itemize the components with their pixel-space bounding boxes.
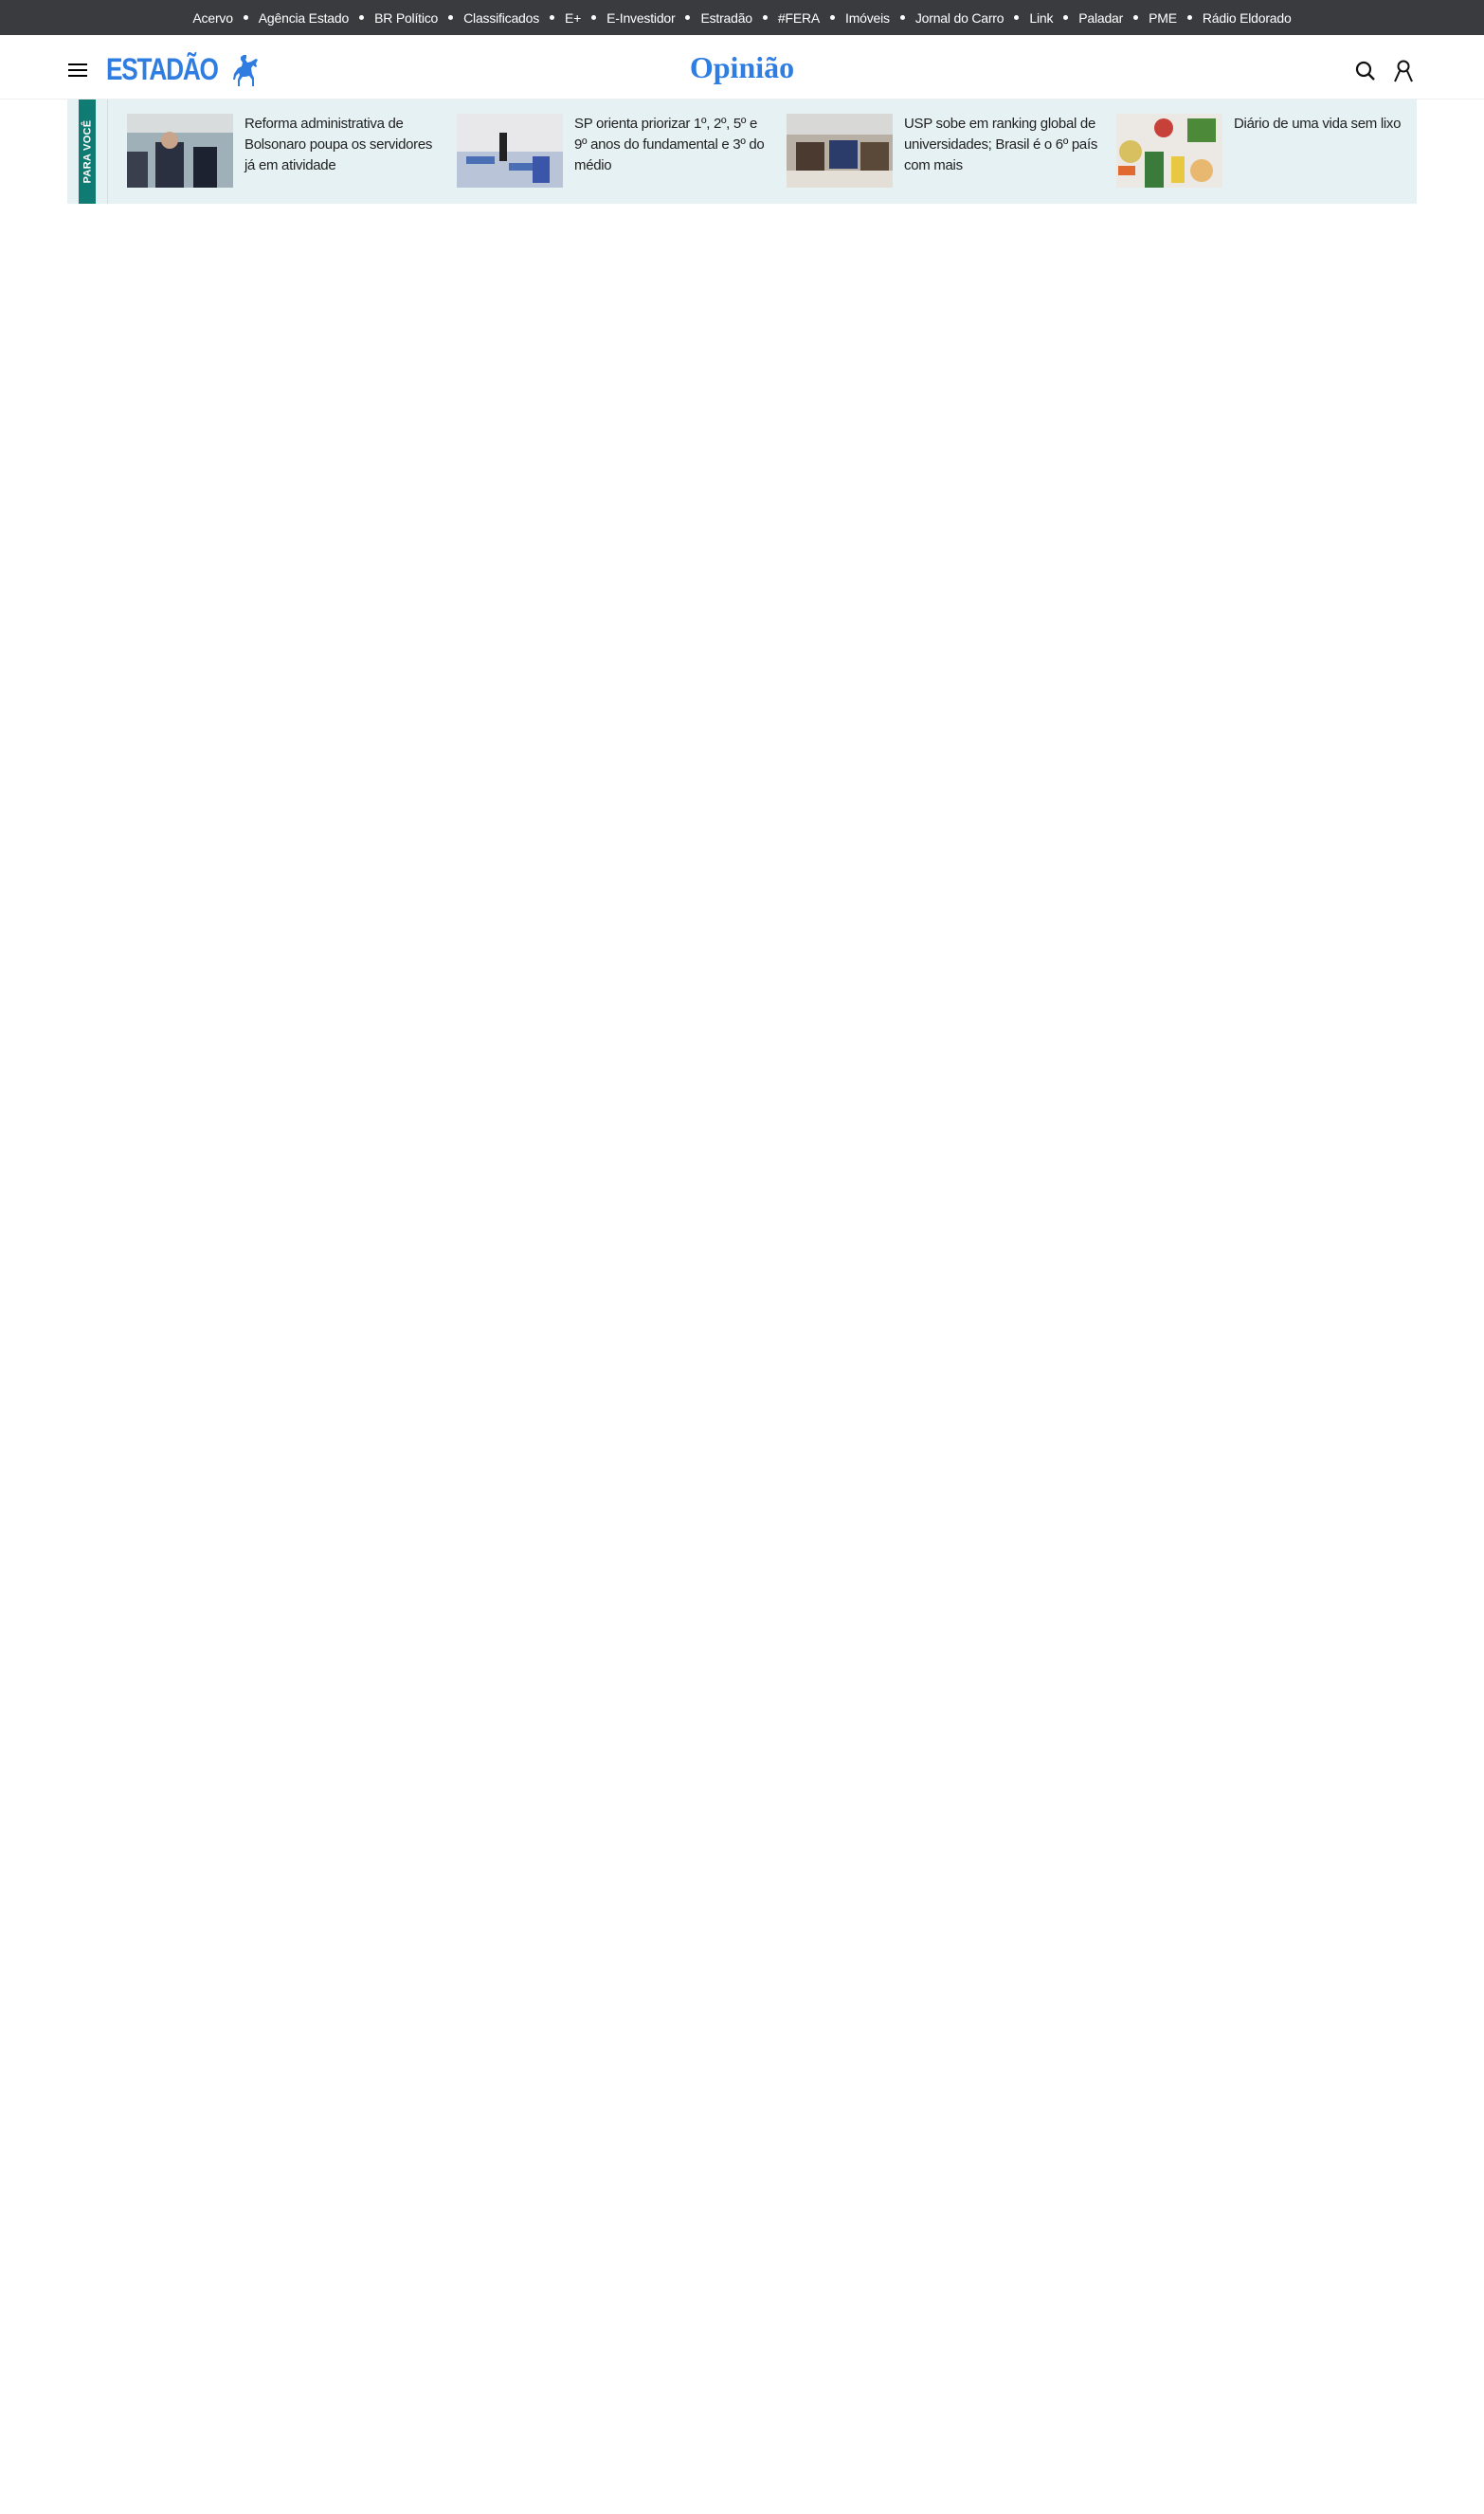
network-link-link[interactable]: Link — [1004, 10, 1053, 26]
para-voce-item[interactable]: SP orienta priorizar 1º, 2º, 5º e 9º ano… — [457, 114, 787, 188]
network-link-e-investidor[interactable]: E-Investidor — [581, 10, 675, 26]
network-link-radio-eldorado[interactable]: Rádio Eldorado — [1177, 10, 1292, 26]
network-link-imoveis[interactable]: Imóveis — [820, 10, 890, 26]
network-link-fera[interactable]: #FERA — [752, 10, 820, 26]
network-link-e-plus[interactable]: E+ — [539, 10, 581, 26]
para-voce-item[interactable]: Diário de uma vida sem lixo — [1116, 114, 1446, 188]
news-thumbnail-image — [1116, 114, 1222, 188]
para-voce-item-title: USP sobe em ranking global de universida… — [904, 114, 1103, 188]
network-link-paladar[interactable]: Paladar — [1053, 10, 1123, 26]
para-voce-item-title: Reforma administrativa de Bolsonaro poup… — [244, 114, 443, 188]
news-thumbnail-image — [457, 114, 563, 188]
para-voce-label: PARA VOCÊ — [79, 99, 96, 204]
divider — [107, 99, 108, 204]
network-link-jornal-do-carro[interactable]: Jornal do Carro — [890, 10, 1004, 26]
para-voce-item-title: Diário de uma vida sem lixo — [1234, 114, 1433, 188]
para-voce-item-title: SP orienta priorizar 1º, 2º, 5º e 9º ano… — [574, 114, 773, 188]
user-icon[interactable] — [1393, 60, 1414, 82]
site-header: ESTADÃO Opinião — [0, 35, 1484, 99]
network-link-pme[interactable]: PME — [1123, 10, 1177, 26]
para-voce-item[interactable]: Reforma administrativa de Bolsonaro poup… — [127, 114, 457, 188]
network-links-bar: Acervo Agência Estado BR Político Classi… — [0, 0, 1484, 35]
search-icon[interactable] — [1355, 61, 1376, 81]
network-link-acervo[interactable]: Acervo — [192, 10, 232, 26]
network-link-estradao[interactable]: Estradão — [675, 10, 751, 26]
para-voce-strip: PARA VOCÊ Reforma administrativa de Bols… — [67, 99, 1417, 204]
network-link-br-politico[interactable]: BR Político — [349, 10, 438, 26]
section-title[interactable]: Opinião — [0, 50, 1484, 85]
news-thumbnail-image — [787, 114, 893, 188]
news-thumbnail-image — [127, 114, 233, 188]
network-link-classificados[interactable]: Classificados — [438, 10, 539, 26]
network-link-agencia-estado[interactable]: Agência Estado — [233, 10, 349, 26]
para-voce-item[interactable]: USP sobe em ranking global de universida… — [787, 114, 1116, 188]
